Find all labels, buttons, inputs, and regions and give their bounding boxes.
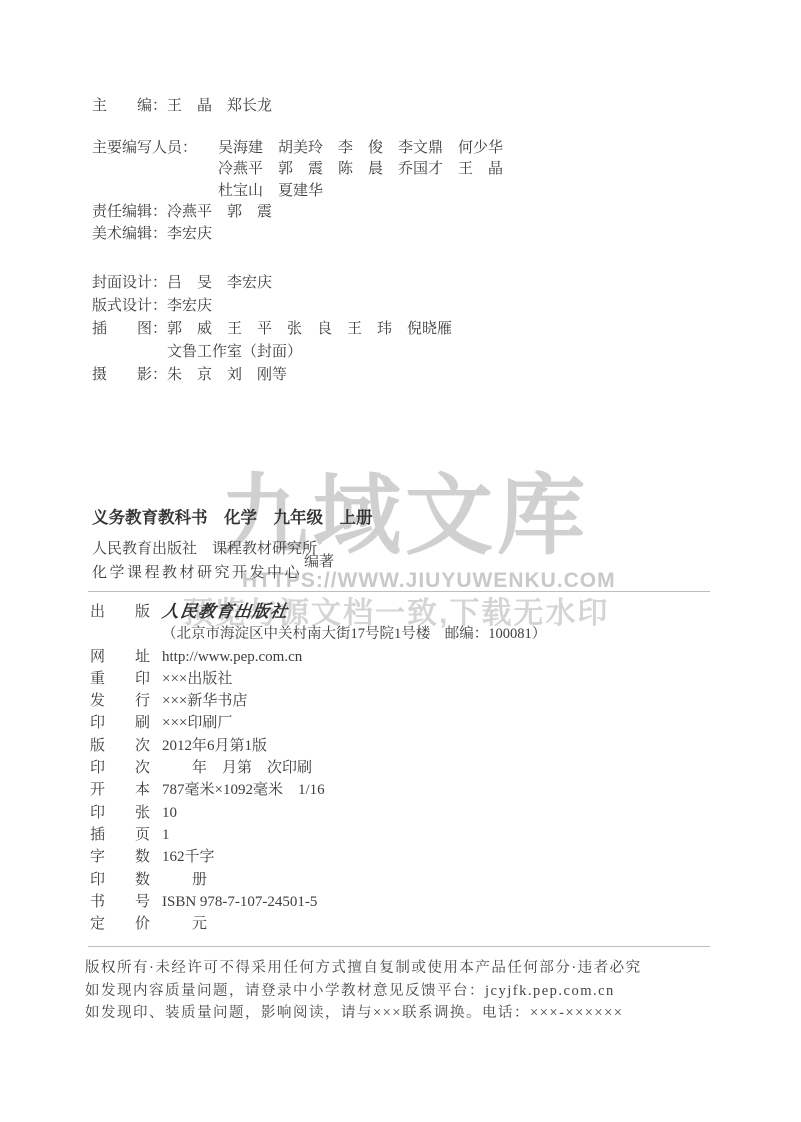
content-layer: 主 编：王 晶 郑长龙 主要编写人员： 吴海建 胡美玲 李 俊 李文鼎 何少华 … [0, 0, 801, 1122]
layout-design-names: 李宏庆 [167, 298, 212, 314]
duty-editor-label: 责任编辑： [92, 204, 167, 220]
writers-line-3: 杜宝山 夏建华 [218, 181, 503, 203]
illustration-line-1: 郭 威 王 平 张 良 王 玮 倪晓雁 [167, 318, 452, 341]
imprint-value: 2012年6月第1版 [162, 735, 267, 757]
imprint-label: 定 价 [90, 913, 154, 935]
cover-design-label: 封面设计： [92, 275, 167, 291]
imprint-label: 字 数 [90, 846, 154, 868]
imprint-value: 册 [162, 869, 207, 891]
photography-line: 摄 影：朱 京 刘 刚等 [92, 364, 452, 387]
photography-names: 朱 京 刘 刚等 [167, 367, 287, 383]
imprint-value: ×××新华书店 [162, 690, 247, 712]
imprint-label: 网 址 [90, 646, 154, 668]
imprint-row-reprint: 重 印×××出版社 [90, 668, 546, 690]
imprint-row-publisher: 出 版人民教育出版社 [90, 601, 546, 623]
imprint-value: 年 月第 次印刷 [162, 757, 312, 779]
imprint-label: 重 印 [90, 668, 154, 690]
art-editor-label: 美术编辑： [92, 226, 167, 242]
imprint-row-isbn: 书 号ISBN 978-7-107-24501-5 [90, 891, 546, 913]
writers-names: 吴海建 胡美玲 李 俊 李文鼎 何少华 冷燕平 郭 震 陈 晨 乔国才 王 晶 … [218, 138, 503, 203]
imprint-row-printrun: 印 数 册 [90, 869, 546, 891]
imprint-row-sheets: 印 张10 [90, 802, 546, 824]
imprint-row-impression: 印 次 年 月第 次印刷 [90, 757, 546, 779]
imprint-row-printing: 印 刷×××印刷厂 [90, 712, 546, 734]
illustration-block: 插 图： 郭 威 王 平 张 良 王 玮 倪晓雁 文鲁工作室（封面） [92, 318, 452, 364]
imprint-value: 787毫米×1092毫米 1/16 [162, 779, 325, 801]
imprint-row-price: 定 价 元 [90, 913, 546, 935]
imprint-value: 162千字 [162, 846, 215, 868]
imprint-row-website: 网 址http://www.pep.com.cn [90, 646, 546, 668]
chief-editor-names: 王 晶 郑长龙 [167, 98, 272, 114]
writers-block: 主要编写人员： 吴海建 胡美玲 李 俊 李文鼎 何少华 冷燕平 郭 震 陈 晨 … [92, 138, 503, 203]
imprint-value: ×××印刷厂 [162, 712, 232, 734]
imprint-label [90, 623, 154, 645]
cover-design-names: 吕 旻 李宏庆 [167, 275, 272, 291]
illustration-line-2: 文鲁工作室（封面） [167, 341, 452, 364]
chief-editor-label: 主 编： [92, 98, 167, 114]
imprint-label: 插 页 [90, 824, 154, 846]
imprint-label: 发 行 [90, 690, 154, 712]
publisher-logo: 人民教育出版社 [160, 601, 289, 623]
imprint-label: 版 次 [90, 735, 154, 757]
copyright-page: 九域文库 HTTPS://WWW.JIUYUWENKU.COM 预览与源文档一致… [0, 0, 801, 1122]
imprint-row-address: （北京市海淀区中关村南大街17号院1号楼 邮编：100081） [90, 623, 546, 645]
print-quality-notice: 如发现印、装质量问题，影响阅读，请与×××联系调换。电话：×××-×××××× [85, 1002, 642, 1025]
editorial-credits: 主 编：王 晶 郑长龙 主要编写人员： 吴海建 胡美玲 李 俊 李文鼎 何少华 … [92, 96, 503, 245]
art-editor-names: 李宏庆 [167, 226, 212, 242]
illustration-label: 插 图： [92, 318, 167, 364]
book-title: 义务教育教科书 化学 九年级 上册 [92, 508, 373, 528]
imprint-label: 印 张 [90, 802, 154, 824]
imprint-label: 印 数 [90, 869, 154, 891]
imprint-row-inserts: 插 页1 [90, 824, 546, 846]
imprint-value: ×××出版社 [162, 668, 232, 690]
content-feedback-notice: 如发现内容质量问题，请登录中小学教材意见反馈平台：jcyjfk.pep.com.… [85, 980, 642, 1003]
book-info: 义务教育教科书 化学 九年级 上册 人民教育出版社 课程教材研究所 化学课程教材… [92, 508, 373, 585]
imprint-label: 书 号 [90, 891, 154, 913]
imprint-row-wordcount: 字 数162千字 [90, 846, 546, 868]
layout-design-label: 版式设计： [92, 298, 167, 314]
writers-label: 主要编写人员： [92, 138, 218, 203]
imprint-row-format: 开 本787毫米×1092毫米 1/16 [90, 779, 546, 801]
imprint-row-distribution: 发 行×××新华书店 [90, 690, 546, 712]
divider-top [88, 591, 710, 592]
imprint-row-edition: 版 次2012年6月第1版 [90, 735, 546, 757]
design-credits: 封面设计：吕 旻 李宏庆 版式设计：李宏庆 插 图： 郭 威 王 平 张 良 王… [92, 272, 452, 387]
duty-editor-names: 冷燕平 郭 震 [167, 204, 272, 220]
imprint-value: 元 [162, 913, 207, 935]
imprint-label: 印 刷 [90, 712, 154, 734]
copyright-notice: 版权所有·未经许可不得采用任何方式擅自复制或使用本产品任何部分·违者必究 [85, 957, 642, 980]
imprint-value: ISBN 978-7-107-24501-5 [162, 891, 317, 913]
layout-design-line: 版式设计：李宏庆 [92, 295, 452, 318]
legal-notices: 版权所有·未经许可不得采用任何方式擅自复制或使用本产品任何部分·违者必究 如发现… [85, 957, 642, 1025]
imprint-label: 开 本 [90, 779, 154, 801]
divider-bottom [88, 946, 710, 947]
imprint-value: 1 [162, 824, 170, 846]
imprint-label: 出 版 [90, 601, 154, 623]
duty-editor-line: 责任编辑：冷燕平 郭 震 [92, 202, 503, 224]
imprint-value: 10 [162, 802, 177, 824]
imprint-table: 出 版人民教育出版社 （北京市海淀区中关村南大街17号院1号楼 邮编：10008… [90, 601, 546, 935]
chief-editor-line: 主 编：王 晶 郑长龙 [92, 96, 503, 118]
publisher-address: （北京市海淀区中关村南大街17号院1号楼 邮编：100081） [162, 623, 546, 645]
illustration-names: 郭 威 王 平 张 良 王 玮 倪晓雁 文鲁工作室（封面） [167, 318, 452, 364]
imprint-value: http://www.pep.com.cn [162, 646, 302, 668]
writers-line-2: 冷燕平 郭 震 陈 晨 乔国才 王 晶 [218, 159, 503, 181]
imprint-label: 印 次 [90, 757, 154, 779]
compiler-role: 编著 [304, 550, 334, 571]
art-editor-line: 美术编辑：李宏庆 [92, 224, 503, 246]
photography-label: 摄 影： [92, 367, 167, 383]
cover-design-line: 封面设计：吕 旻 李宏庆 [92, 272, 452, 295]
writers-line-1: 吴海建 胡美玲 李 俊 李文鼎 何少华 [218, 138, 503, 160]
